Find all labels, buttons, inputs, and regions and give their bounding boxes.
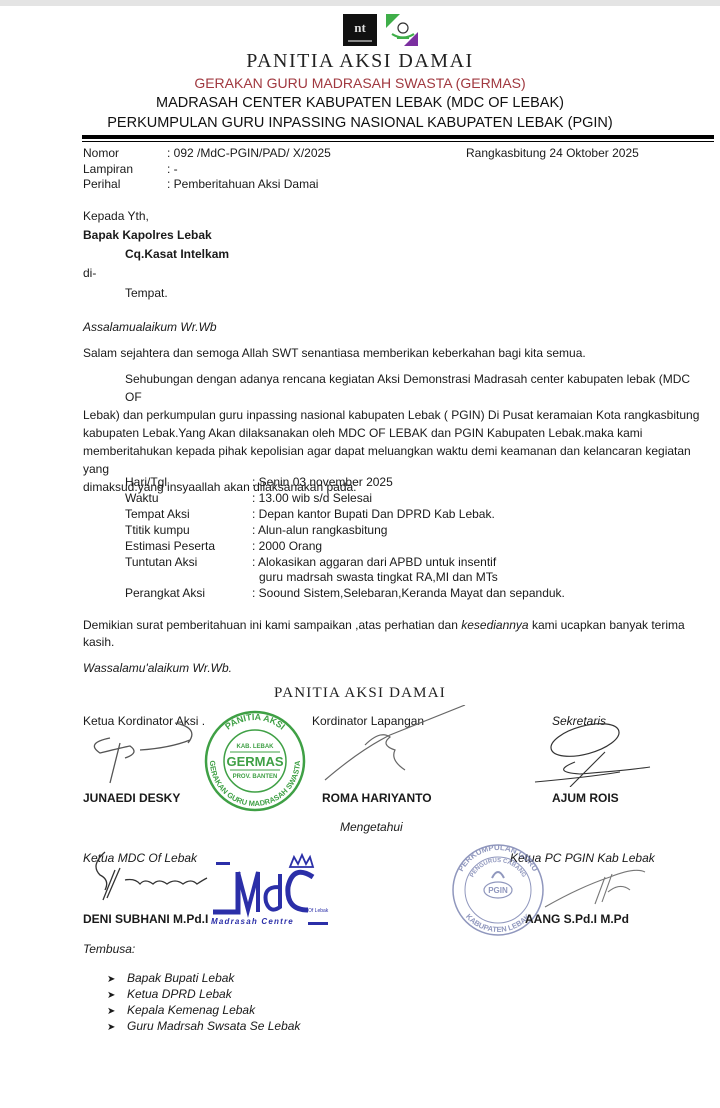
place-date: Rangkasbitung 24 Oktober 2025: [466, 146, 639, 160]
detail-value: guru madrsah swasta tingkat RA,MI dan MT…: [259, 570, 498, 584]
nomor-value: : 092 /MdC-PGIN/PAD/ X/2025: [167, 146, 331, 160]
tembusa-item: ➤Kepala Kemenag Lebak: [107, 1003, 255, 1017]
top-edge-bar: [0, 0, 720, 6]
signature-roma: [320, 705, 470, 785]
approver-name: AANG S.Pd.I M.Pd: [525, 912, 629, 926]
detail-value: : 13.00 wib s/d Selesai: [252, 491, 372, 505]
nt-logo: nt: [343, 14, 377, 46]
lampiran-value: : -: [167, 162, 178, 176]
nt-logo-text: nt: [354, 20, 366, 35]
arrow-bullet-icon: ➤: [107, 974, 127, 985]
signature-aang: [540, 862, 650, 912]
closing-text-italic: kesediannya: [461, 618, 528, 632]
svg-text:Of Lebak: Of Lebak: [308, 908, 329, 914]
svg-text:GERMAS: GERMAS: [226, 754, 283, 769]
germas-stamp: PANITIA AKSI GERAKAN GURU MADRASAH SWAST…: [200, 710, 310, 812]
perihal-value: : Pemberitahuan Aksi Damai: [167, 177, 318, 191]
mengetahui-label: Mengetahui: [340, 820, 403, 834]
tembusa-item: ➤Guru Madrsah Swsata Se Lebak: [107, 1019, 300, 1033]
detail-label: Ttitik kumpu: [125, 523, 190, 537]
svg-text:PROV. BANTEN: PROV. BANTEN: [233, 774, 278, 780]
detail-value: : Depan kantor Bupati Dan DPRD Kab Lebak…: [252, 507, 495, 521]
recipient-cq: Cq.Kasat Intelkam: [125, 247, 229, 261]
signer-name: AJUM ROIS: [552, 791, 619, 805]
letterhead-rule-thick: [82, 135, 714, 139]
detail-label: Waktu: [125, 491, 159, 505]
detail-label: Hari/Tgl: [125, 475, 167, 489]
paragraph-line: Lebak) dan perkumpulan guru inpassing na…: [83, 406, 708, 424]
paragraph-line: memberitahukan kepada pihak kepolisian a…: [83, 442, 708, 478]
letterhead-title: PANITIA AKSI DAMAI: [0, 50, 720, 73]
detail-value: : Alun-alun rangkasbitung: [252, 523, 387, 537]
signature-ajum: [530, 722, 660, 787]
closing-line-2: kasih.: [83, 635, 114, 649]
perihal-label: Perihal: [83, 177, 120, 191]
tembusa-item-text: Ketua DPRD Lebak: [127, 987, 232, 1001]
detail-value: : Alokasikan aggaran dari APBD untuk ins…: [252, 555, 496, 569]
mdc-logo: Of Lebak Madrasah Centre: [208, 852, 338, 932]
paragraph-line: Sehubungan dengan adanya rencana kegiata…: [83, 370, 708, 406]
tembusa-item: ➤Ketua DPRD Lebak: [107, 987, 232, 1001]
svg-text:PGIN: PGIN: [488, 886, 508, 895]
tembusa-label: Tembusa:: [83, 942, 135, 956]
detail-label: Perangkat Aksi: [125, 586, 205, 600]
arrow-bullet-icon: ➤: [107, 990, 127, 1001]
body-paragraph: Sehubungan dengan adanya rencana kegiata…: [83, 370, 708, 496]
detail-label: Tempat Aksi: [125, 507, 190, 521]
detail-value: : Senin 03 november 2025: [252, 475, 393, 489]
detail-value: : Soound Sistem,Selebaran,Keranda Mayat …: [252, 586, 565, 600]
letterhead-pgin: PERKUMPULAN GURU INPASSING NASIONAL KABU…: [0, 115, 720, 131]
paragraph-line: dimaksud.yang insyaallah akan dilaksanak…: [83, 478, 708, 496]
approver-name: DENI SUBHANI M.Pd.I: [83, 912, 208, 926]
tembusa-item: ➤Bapak Bupati Lebak: [107, 971, 234, 985]
pgin-logo: [386, 14, 418, 46]
tembusa-item-text: Kepala Kemenag Lebak: [127, 1003, 255, 1017]
closing-text-b: kami ucapkan banyak terima: [529, 618, 685, 632]
tembusa-item-text: Guru Madrsah Swsata Se Lebak: [127, 1019, 300, 1033]
signature-junaedi: [80, 718, 200, 788]
nomor-label: Nomor: [83, 146, 119, 160]
arrow-bullet-icon: ➤: [107, 1006, 127, 1017]
recipient-kepada: Kepada Yth,: [83, 209, 149, 223]
recipient-tempat: Tempat.: [125, 286, 168, 300]
letterhead-mdc: MADRASAH CENTER KABUPATEN LEBAK (MDC OF …: [0, 95, 720, 111]
recipient-name: Bapak Kapolres Lebak: [83, 228, 212, 242]
closing-line-1: Demikian surat pemberitahuan ini kami sa…: [83, 618, 685, 632]
lampiran-label: Lampiran: [83, 162, 133, 176]
svg-text:Madrasah Centre: Madrasah Centre: [211, 917, 294, 926]
detail-value: : 2000 Orang: [252, 539, 322, 553]
farewell: Wassalamu'alaikum Wr.Wb.: [83, 661, 232, 675]
greeting: Assalamualaikum Wr.Wb: [83, 320, 217, 334]
signature-deni: [85, 850, 215, 905]
letterhead-germas: GERAKAN GURU MADRASAH SWASTA (GERMAS): [0, 75, 720, 91]
signer-name: JUNAEDI DESKY: [83, 791, 180, 805]
svg-text:PENGURUS CABANG: PENGURUS CABANG: [469, 858, 526, 879]
arrow-bullet-icon: ➤: [107, 1022, 127, 1033]
recipient-di: di-: [83, 266, 96, 280]
detail-label: Tuntutan Aksi: [125, 555, 197, 569]
tembusa-item-text: Bapak Bupati Lebak: [127, 971, 234, 985]
closing-text-a: Demikian surat pemberitahuan ini kami sa…: [83, 618, 461, 632]
committee-title: PANITIA AKSI DAMAI: [0, 685, 720, 702]
paragraph-line: kabupaten Lebak.Yang Akan dilaksanakan o…: [83, 424, 708, 442]
detail-label: Estimasi Peserta: [125, 539, 215, 553]
salam-line: Salam sejahtera dan semoga Allah SWT sen…: [83, 346, 586, 360]
letterhead-rule-thin: [82, 141, 714, 142]
signer-name: ROMA HARIYANTO: [322, 791, 432, 805]
svg-text:KAB. LEBAK: KAB. LEBAK: [237, 744, 275, 750]
